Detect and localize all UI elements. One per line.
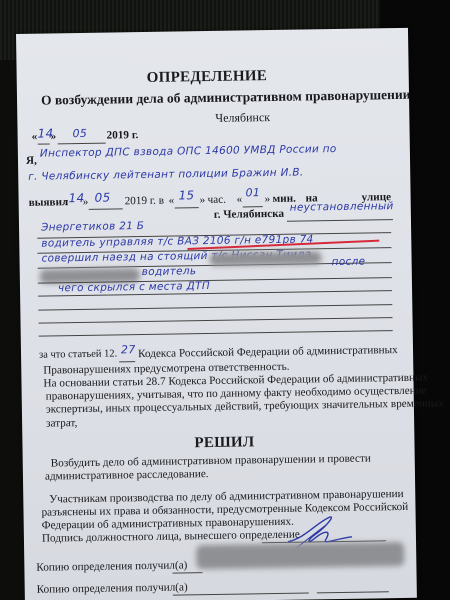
officer-prefix: Я, (26, 155, 37, 167)
description-line-6 (38, 304, 392, 311)
detected-city-label: г. Челябинска (214, 208, 284, 221)
detected-year: 2019 г. в (125, 195, 165, 208)
detected-hour-close-quote: » (200, 194, 206, 206)
article-prefix: за что статьей 12. (39, 348, 117, 360)
copy-received-line-1 (172, 572, 202, 573)
detected-minute-open-quote: « (237, 193, 243, 205)
date-year: 2019 г. (107, 129, 139, 141)
document-subtitle: О возбуждении дела об административном п… (41, 87, 411, 109)
decision-heading: РЕШИЛ (194, 434, 254, 452)
detected-month: 05 (94, 191, 110, 205)
document-sheet: ОПРЕДЕЛЕНИЕ О возбуждении дела об админи… (16, 28, 417, 600)
date-month: 05 (72, 127, 87, 140)
description-line-8 (39, 330, 393, 337)
copy-received-label-2: Копию определения получил(а) (37, 581, 188, 595)
description-after: после (332, 256, 366, 269)
detected-month-underline (89, 208, 123, 210)
document-city: Челябинск (215, 110, 270, 126)
detected-minute-close-quote: » (265, 193, 271, 205)
detected-hour: 15 (178, 188, 194, 202)
officer-line-2: г. Челябинску лейтенант полиции Бражин И… (28, 167, 303, 183)
article-line-6: затрат, (46, 417, 77, 429)
description-street: Энергетиков 21 Б (41, 220, 144, 234)
article-number: 27 (121, 343, 136, 356)
description-line-7 (39, 317, 393, 324)
date-close-quote: » (51, 130, 57, 142)
redacted-area (209, 251, 321, 266)
decision-line-2: административное расследование. (45, 468, 209, 483)
detected-close-quote: » (83, 196, 89, 208)
copy-received-line-2b (317, 591, 389, 593)
description-fled: чего скрылся с места ДТП (58, 280, 210, 294)
decision-line-1: Возбудить дело об административном право… (51, 452, 371, 469)
article-suffix: Кодекса Российской Федерации об админист… (138, 344, 398, 360)
date-month-underline (58, 143, 106, 145)
date-open-quote: « (32, 131, 38, 143)
detected-hour-label: час. (208, 194, 227, 206)
redacted-area (196, 542, 404, 569)
date-day-underline (38, 143, 50, 144)
detected-hour-underline (175, 207, 199, 208)
document-title: ОПРЕДЕЛЕНИЕ (147, 68, 268, 87)
detected-minute: 01 (245, 186, 260, 199)
copy-received-label-1: Копию определения получил(а) (36, 559, 187, 573)
description-driver: водитель (142, 265, 197, 278)
description-vehicle: водитель управляя т/с ВАЗ 2106 г/н е791р… (41, 233, 314, 249)
copy-received-line-2a (173, 592, 309, 595)
officer-line-1: Инспектор ДПС взвода ОПС 14600 УМВД Росс… (40, 143, 337, 160)
detected-open-quote: « (63, 196, 69, 208)
detected-hour-open-quote: « (169, 195, 175, 207)
description-line-0 (287, 219, 393, 222)
description-unidentified: неустановленный (290, 200, 394, 214)
